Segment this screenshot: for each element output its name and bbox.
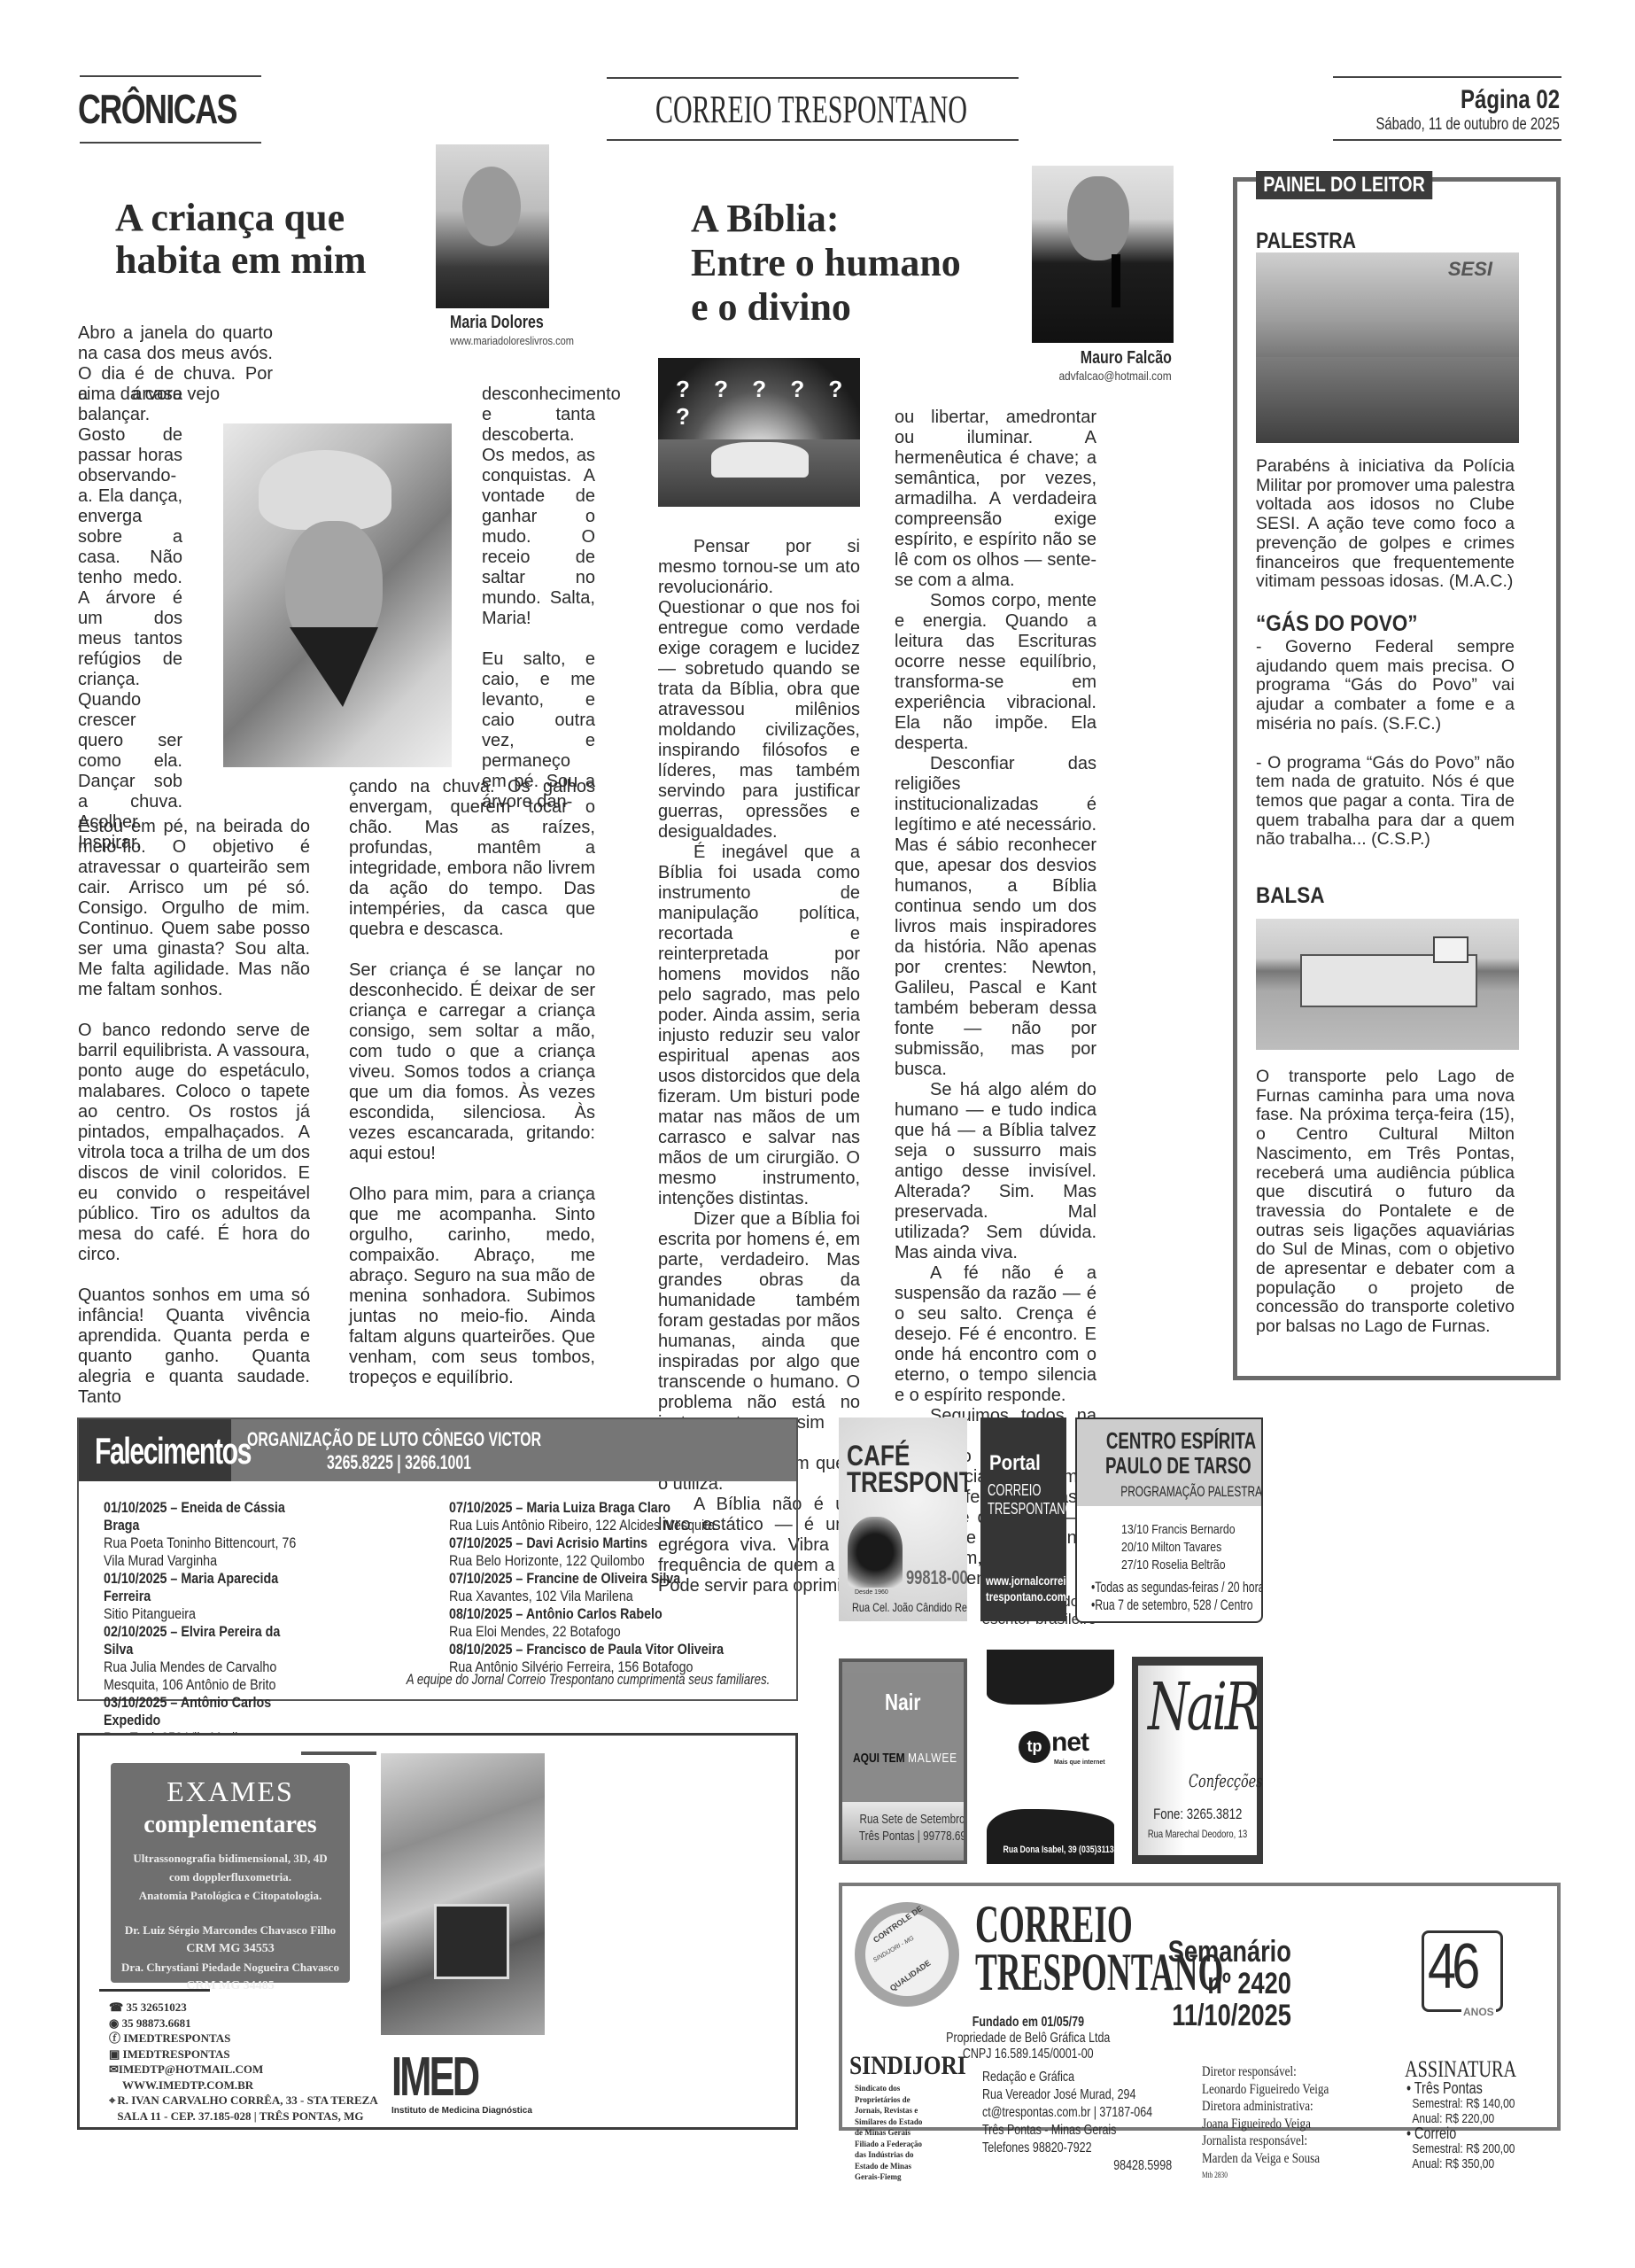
nair-conf-logo: NaiR	[1148, 1669, 1258, 1745]
nair-title-text: Nair	[885, 1689, 920, 1716]
imed-address-line: SALA 11 - CEP. 37.185-028 | TRÊS PONTAS,…	[117, 2109, 377, 2124]
issue-date: 11/10/2025	[1168, 2000, 1291, 2031]
mtb: Mtb 2830	[1202, 2167, 1329, 2185]
imed-divider	[99, 1989, 210, 1992]
obituary-address: Rua Eloi Mendes, 22 Botafogo	[449, 1623, 791, 1641]
paragraph: Desconfiar das religiões institucionaliz…	[895, 754, 1096, 1080]
malwee-brand: MALWEE	[908, 1751, 957, 1766]
talk-item: 27/10 Roselia Beltrão	[1121, 1557, 1236, 1574]
subscription-price: Semestral: R$ 200,00	[1406, 2141, 1515, 2156]
nair-address: Rua Sete de Setembro, 18 Três Pontas | 9…	[842, 1811, 964, 1845]
phone-icon: ☎	[109, 2000, 123, 2014]
instagram-icon: ▣	[109, 2047, 120, 2061]
facebook-icon: ⓕ	[109, 2031, 120, 2045]
envelope-icon: ✉	[109, 2062, 119, 2076]
imed-instagram-row[interactable]: ▣ IMEDTRESPONTAS	[109, 2047, 378, 2062]
seal-bottom: QUALIDADE	[888, 1959, 933, 1993]
tpnet-logo-circle: tp	[1019, 1731, 1050, 1763]
ad-portal-correio[interactable]: Portal CORREIO TRESPONTANO www.jornalcor…	[980, 1417, 1066, 1621]
imed-exames: EXAMES	[111, 1775, 350, 1808]
falecimentos-title: Falecimentos	[95, 1430, 251, 1472]
article2-title-line: Entre o humano	[691, 241, 961, 285]
cafe-title-line: CAFÉ	[847, 1442, 967, 1469]
staff-list: Diretor responsável: Leonardo Figueiredo…	[1202, 2063, 1329, 2185]
aqui-tem-label: AQUI TEM	[853, 1751, 905, 1766]
paragraph: O banco redondo serve de barril equilibr…	[78, 1021, 310, 1265]
paragraph: Olho para mim, para a criança que me aco…	[349, 1184, 595, 1388]
quality-seal: CONTROLE DE SINDIJORI - MG QUALIDADE	[855, 1902, 959, 2007]
article2-author: Mauro Falcão	[1081, 348, 1172, 369]
seal-top: CONTROLE DE	[872, 1904, 924, 1945]
imed-site: WWW.IMEDTP.COM.BR	[122, 2078, 253, 2092]
espirita-subtitle: PROGRAMAÇÃO PALESTRAS PÚBLICAS	[1077, 1483, 1261, 1501]
paragraph: ou libertar, amedrontar ou iluminar. A h…	[895, 408, 1096, 591]
imed-facebook-row[interactable]: ⓕ IMEDTRESPONTAS	[109, 2031, 378, 2047]
espirita-talks: 13/10 Francis Bernardo 20/10 Milton Tava…	[1121, 1521, 1236, 1574]
painel-label: PAINEL DO LEITOR	[1256, 171, 1432, 199]
palestra-photo: SESI	[1256, 252, 1519, 443]
paragraph: a árvore balançar. Gosto de passar horas…	[78, 384, 182, 853]
obituary-name: 08/10/2025 – Antônio Carlos Rabelo	[449, 1605, 791, 1623]
falecimentos-box: Falecimentos ORGANIZAÇÃO DE LUTO CÔNEGO …	[77, 1417, 798, 1701]
paragraph: - Governo Federal sempre ajudando quem m…	[1256, 638, 1515, 734]
header-rule	[607, 77, 1019, 79]
owner: Propriedade de Belô Gráfica Ltda	[946, 2031, 1110, 2047]
ferry-cabin-shape	[1433, 936, 1468, 963]
ad-cafe-trespontano: CAFÉ TRESPONTANO Desde 1960 99818-0047 R…	[839, 1417, 967, 1621]
nair-conf-phone: Fone: 3265.3812	[1132, 1806, 1263, 1823]
paragraph: Parabéns à iniciativa da Polícia Militar…	[1256, 457, 1515, 592]
talk-item: 20/10 Milton Tavares	[1121, 1539, 1236, 1557]
header-rule	[80, 75, 261, 77]
imed-doctor: Dra. Chrystiani Piedade Nogueira Chavasc…	[111, 1958, 350, 1977]
issue-number: nº 2420	[1168, 1968, 1291, 2000]
ferry-photo	[1256, 919, 1519, 1050]
funeral-org: ORGANIZAÇÃO DE LUTO CÔNEGO VICTOR	[247, 1428, 541, 1451]
espirita-info-line: •Todas as segundas-feiras / 20 horas	[1091, 1579, 1263, 1596]
imed-complementares: complementares	[111, 1811, 350, 1839]
tpnet-wave-bottom	[987, 1809, 1114, 1864]
open-book-shape	[711, 442, 809, 478]
paragraph: É inegável que a Bíblia foi usada como i…	[658, 843, 860, 1209]
weekly-label: Semanário	[1168, 1936, 1291, 1968]
nair-top-band	[842, 1662, 964, 1673]
article2-title: A Bíblia: Entre o humano e o divino	[691, 197, 961, 330]
masthead-title: CORREIO TRESPONTANO	[655, 87, 967, 132]
paragraph: desconhecimento e tanta descoberta. Os m…	[482, 384, 595, 629]
bible-question-marks-image: ? ? ? ? ? ?	[658, 358, 860, 507]
imed-phone: 35 32651023	[126, 2000, 186, 2014]
obituary-name: 07/10/2025 – Maria Luiza Braga Claro	[449, 1499, 791, 1517]
imed-site-row[interactable]: WWW.IMEDTP.COM.BR	[109, 2078, 378, 2093]
article1-title-line: A criança que	[115, 197, 367, 239]
portal-name-line: CORREIO	[988, 1481, 1066, 1500]
article2-title-line: A Bíblia:	[691, 197, 961, 241]
imed-phone-row[interactable]: ☎ 35 32651023	[109, 2000, 378, 2016]
paragraph: Ser criança é se lançar no desconhecido.…	[349, 960, 595, 1164]
cafe-title-line: TRESPONTANO	[847, 1469, 967, 1495]
article1-right-column: çando na chuva. Os galhos envergam, quer…	[349, 777, 595, 1409]
article1-right-wrap: desconhecimento e tanta descoberta. Os m…	[482, 384, 595, 812]
nair-address-line: Rua Sete de Setembro, 18	[860, 1811, 967, 1828]
staff-role: Diretor responsável:	[1202, 2063, 1329, 2081]
redacao-phone: Telefones 98820-7922	[982, 2140, 1172, 2157]
redacao-label: Redação e Gráfica	[982, 2069, 1172, 2086]
obituary-name: 02/10/2025 – Elvira Pereira da Silva	[104, 1623, 312, 1658]
imed-facebook: IMEDTRESPONTAS	[123, 2031, 230, 2045]
talk-item: 13/10 Francis Bernardo	[1121, 1521, 1236, 1539]
article1-left-column: Estou em pé, na beirada do meio-fio. O o…	[78, 817, 310, 1428]
header-rule	[1333, 76, 1561, 78]
obituary-address: Rua Poeta Toninho Bittencourt, 76 Vila M…	[104, 1534, 312, 1570]
page-date: Sábado, 11 de outubro de 2025	[1376, 115, 1560, 135]
portal-url-line: trespontano.com.br	[986, 1588, 1066, 1604]
obituary-name: 07/10/2025 – Francine de Oliveira Silva	[449, 1570, 791, 1588]
obituary-name: 01/10/2025 – Eneida de Cássia Braga	[104, 1499, 312, 1534]
paragraph: Estou em pé, na beirada do meio-fio. O o…	[78, 817, 310, 1000]
funeral-phones: 3265.8225 | 3266.1001	[327, 1451, 471, 1474]
nair-address-line: Três Pontas | 99778.6907	[859, 1828, 967, 1845]
audience-shape	[1256, 357, 1519, 443]
ad-centro-espirita: CENTRO ESPÍRITA PAULO DE TARSO PROGRAMAÇ…	[1075, 1417, 1263, 1623]
redacao-city: Três Pontas - Minas Gerais	[982, 2122, 1172, 2140]
hat-shape	[259, 450, 391, 530]
microphone-shape	[1112, 254, 1120, 307]
obituary-address: Sitio Pitangueira	[104, 1605, 312, 1623]
tpnet-address: Rua Dona Isabel, 39 (035)3113-0310	[987, 1845, 1114, 1855]
portal-name-line: TRESPONTANO	[988, 1500, 1066, 1518]
espirita-title-line: PAULO DE TARSO	[1105, 1453, 1251, 1478]
cafe-since: Desde 1960	[855, 1589, 888, 1596]
imed-line	[301, 1751, 376, 1755]
tpnet-tagline: Mais que internet	[1054, 1759, 1105, 1766]
imed-collage-photo	[381, 1753, 545, 2035]
author-photo-mauro-falcao	[1032, 166, 1174, 343]
paragraph: A fé não é a suspensão da razão — é o se…	[895, 1263, 1096, 1406]
obituary-name: 01/10/2025 – Maria Aparecida Ferreira	[104, 1570, 312, 1605]
portal-title: Portal	[989, 1451, 1041, 1476]
redacao-address: Rua Vereador José Murad, 294	[982, 2086, 1172, 2104]
nair-title: Nair	[842, 1689, 964, 1716]
paragraph: Somos corpo, mente e energia. Quando a l…	[895, 591, 1096, 754]
anniversary-years: 46	[1428, 1931, 1476, 2002]
redacao-email[interactable]: ct@trespontas.com.br | 37187-064	[982, 2104, 1172, 2122]
nair-conf-subtitle: Confecções	[1189, 1770, 1263, 1791]
sindijori-text: Sindicato dos Proprietários de Jornais, …	[855, 2083, 927, 2183]
face-shape	[1067, 176, 1129, 260]
expediente-box: CONTROLE DE SINDIJORI - MG QUALIDADE COR…	[839, 1883, 1561, 2131]
article1-author-site: www.mariadoloreslivros.com	[450, 334, 574, 347]
paragraph: O transporte pelo Lago de Furnas caminha…	[1256, 1068, 1515, 1337]
nair-conf-phone-text: Fone: 3265.3812	[1153, 1806, 1242, 1823]
imed-whatsapp: 35 98873.6681	[122, 2016, 191, 2030]
tpnet-wave-top	[987, 1650, 1114, 1705]
subscription-price: Anual: R$ 350,00	[1406, 2156, 1515, 2171]
obituary-list-left: 01/10/2025 – Eneida de Cássia Braga Rua …	[104, 1499, 312, 1747]
paragraph: - O programa “Gás do Povo” não tem nada …	[1256, 754, 1515, 850]
staff-name: Joana Figueiredo Veiga	[1202, 2116, 1329, 2133]
imed-crm: CRM MG 34553	[111, 1939, 350, 1958]
tpnet-logo-text: net	[1051, 1728, 1089, 1758]
obituary-list-right: 07/10/2025 – Maria Luiza Braga Claro Rua…	[449, 1499, 791, 1676]
subscription-name: • Correio	[1406, 2126, 1515, 2141]
cafe-phone: 99818-0047	[906, 1566, 967, 1589]
redacao-phone: 98428.5998	[982, 2157, 1172, 2175]
cafe-address: Rua Cel. João Cândido Reis, 61	[852, 1600, 967, 1614]
header-rule	[1333, 139, 1561, 141]
issue-info: Semanário nº 2420 11/10/2025	[1168, 1936, 1291, 2031]
child-photo	[223, 423, 452, 767]
espirita-title: CENTRO ESPÍRITA PAULO DE TARSO	[1077, 1428, 1261, 1478]
imed-crm: CRM MG 34485	[111, 1977, 350, 1995]
palestra-text: Parabéns à iniciativa da Polícia Militar…	[1256, 457, 1515, 592]
subscription-name: • Três Pontas	[1406, 2081, 1515, 2096]
staff-name: Leonardo Figueiredo Veiga	[1202, 2081, 1329, 2099]
falecimentos-footer: A equipe do Jornal Correio Trespontano c…	[406, 1671, 770, 1689]
imed-service-line: Anatomia Patológica e Citopatologia.	[111, 1886, 350, 1905]
sesi-sign: SESI	[1448, 258, 1492, 281]
staff-name: Marden da Veiga e Sousa	[1202, 2150, 1329, 2168]
article1-author: Maria Dolores	[450, 313, 544, 333]
imed-address-row: ⌖R. IVAN CARVALHO CORRÊA, 33 - STA TEREZ…	[109, 2093, 378, 2124]
paragraph: Se há algo além do humano — e tudo indic…	[895, 1080, 1096, 1263]
malwee-line: AQUI TEM MALWEE	[853, 1751, 957, 1766]
gas-do-povo-text: - Governo Federal sempre ajudando quem m…	[1256, 638, 1515, 850]
paragraph: Quantos sonhos em uma só infância! Quant…	[78, 1285, 310, 1408]
portal-name: CORREIO TRESPONTANO	[988, 1481, 1066, 1518]
obituary-name: 07/10/2025 – Davi Acrisio Martins	[449, 1534, 791, 1552]
obituary-name: 08/10/2025 – Francisco de Paula Vitor Ol…	[449, 1641, 791, 1658]
paragraph: Pensar por si mesmo tornou-se um ato rev…	[658, 537, 860, 843]
imed-address-line: R. IVAN CARVALHO CORRÊA, 33 - STA TEREZA	[117, 2093, 377, 2109]
article1-title-line: habita em mim	[115, 239, 367, 282]
ultrasound-screen-shape	[434, 1904, 509, 1979]
header-rule	[607, 139, 1019, 141]
anniversary-label: ANOS	[1461, 2006, 1496, 2018]
imed-logo-subtitle: Instituto de Medicina Diagnóstica	[391, 2106, 532, 2116]
cafe-title: CAFÉ TRESPONTANO	[847, 1442, 967, 1495]
section-title: CRÔNICAS	[78, 85, 236, 133]
espirita-title-line: CENTRO ESPÍRITA	[1106, 1428, 1256, 1453]
obituary-address: Rua Julia Mendes de Carvalho Mesquita, 1…	[104, 1658, 312, 1694]
crown-icon	[848, 1517, 903, 1588]
assinatura-prices: • Três Pontas Semestral: R$ 140,00 Anual…	[1406, 2081, 1515, 2171]
espirita-info: •Todas as segundas-feiras / 20 horas •Ru…	[1091, 1579, 1263, 1614]
imed-contacts: ☎ 35 32651023 ◉ 35 98873.6681 ⓕ IMEDTRES…	[109, 2000, 378, 2124]
imed-email-row[interactable]: ✉IMEDTP@HOTMAIL.COM	[109, 2062, 378, 2078]
face-shape	[462, 167, 521, 246]
imed-whatsapp-row[interactable]: ◉ 35 98873.6681	[109, 2016, 378, 2031]
nair-conf-address-text: Rua Marechal Deodoro, 13	[1148, 1828, 1247, 1840]
obituary-address: Rua Belo Horizonte, 122 Quilombo	[449, 1552, 791, 1570]
imed-service-line: Ultrassonografia bidimensional, 3D, 4D	[111, 1849, 350, 1868]
founded-date: Fundado em 01/05/79	[972, 2015, 1084, 2031]
ad-nair-malwee: Nair AQUI TEM MALWEE Rua Sete de Setembr…	[839, 1658, 967, 1864]
paragraph: çando na chuva. Os galhos envergam, quer…	[349, 777, 595, 940]
map-pin-icon: ⌖	[109, 2093, 115, 2124]
obituary-name: 03/10/2025 – Antônio Carlos Expedido	[104, 1694, 312, 1729]
espirita-subtitle-text: PROGRAMAÇÃO PALESTRAS PÚBLICAS	[1120, 1483, 1263, 1501]
imed-logo: IMED	[391, 2046, 477, 2109]
palestra-title: PALESTRA	[1256, 229, 1356, 254]
sindijori-title: SINDIJORI	[849, 2051, 966, 2081]
tpnet-address-text: Rua Dona Isabel, 39 (035)3113-0310	[1003, 1845, 1114, 1855]
obituary-address: Rua Luis Antônio Ribeiro, 122 Alcides Me…	[449, 1517, 791, 1534]
imed-service-line: com dopplerfluxometria.	[111, 1868, 350, 1886]
article2-author-email: advfalcao@hotmail.com	[1059, 369, 1172, 383]
article2-title-line: e o divino	[691, 285, 961, 330]
redacao-info: Redação e Gráfica Rua Vereador José Mura…	[982, 2069, 1172, 2175]
portal-url[interactable]: www.jornalcorreio trespontano.com.br	[986, 1573, 1066, 1604]
imed-doctor: Dr. Luiz Sérgio Marcondes Chavasco Filho	[111, 1921, 350, 1939]
cnpj: CNPJ 16.589.145/0001-00	[963, 2047, 1094, 2062]
staff-role: Diretora administrativa:	[1202, 2098, 1329, 2116]
espirita-info-line: •Rua 7 de setembro, 528 / Centro	[1091, 1596, 1263, 1614]
balsa-title: BALSA	[1256, 883, 1324, 909]
obituary-address: Rua Xavantes, 102 Vila Marilena	[449, 1588, 791, 1605]
balsa-text: O transporte pelo Lago de Furnas caminha…	[1256, 1068, 1515, 1337]
gas-do-povo-title: “GÁS DO POVO”	[1256, 611, 1418, 637]
article1-title: A criança que habita em mim	[115, 197, 367, 282]
ad-nair-confeccoes: NaiR Confecções Fone: 3265.3812 Rua Mare…	[1132, 1657, 1263, 1864]
ad-imed: EXAMES complementares Ultrassonografia b…	[77, 1733, 798, 2130]
question-marks-icon: ? ? ? ? ? ?	[676, 376, 860, 431]
author-photo-maria-dolores	[436, 144, 549, 308]
nair-conf-address: Rua Marechal Deodoro, 13	[1132, 1828, 1263, 1840]
collar-shape	[290, 627, 378, 707]
anniversary-badge: 46 ANOS	[1422, 1930, 1503, 2012]
imed-instagram: IMEDTRESPONTAS	[123, 2047, 230, 2061]
page-number: Página 02	[1461, 85, 1560, 115]
article1-left-wrap: a árvore balançar. Gosto de passar horas…	[78, 384, 182, 874]
subscription-price: Semestral: R$ 140,00	[1406, 2096, 1515, 2111]
ad-tpnet: tp net Mais que internet Rua Dona Isabel…	[987, 1650, 1114, 1864]
staff-role: Jornalista responsável:	[1202, 2132, 1329, 2150]
portal-url-line: www.jornalcorreio	[986, 1573, 1066, 1588]
imed-services: Ultrassonografia bidimensional, 3D, 4D c…	[111, 1849, 350, 1995]
header-rule	[80, 142, 261, 144]
whatsapp-icon: ◉	[109, 2016, 119, 2030]
imed-email: IMEDTP@HOTMAIL.COM	[119, 2062, 263, 2076]
